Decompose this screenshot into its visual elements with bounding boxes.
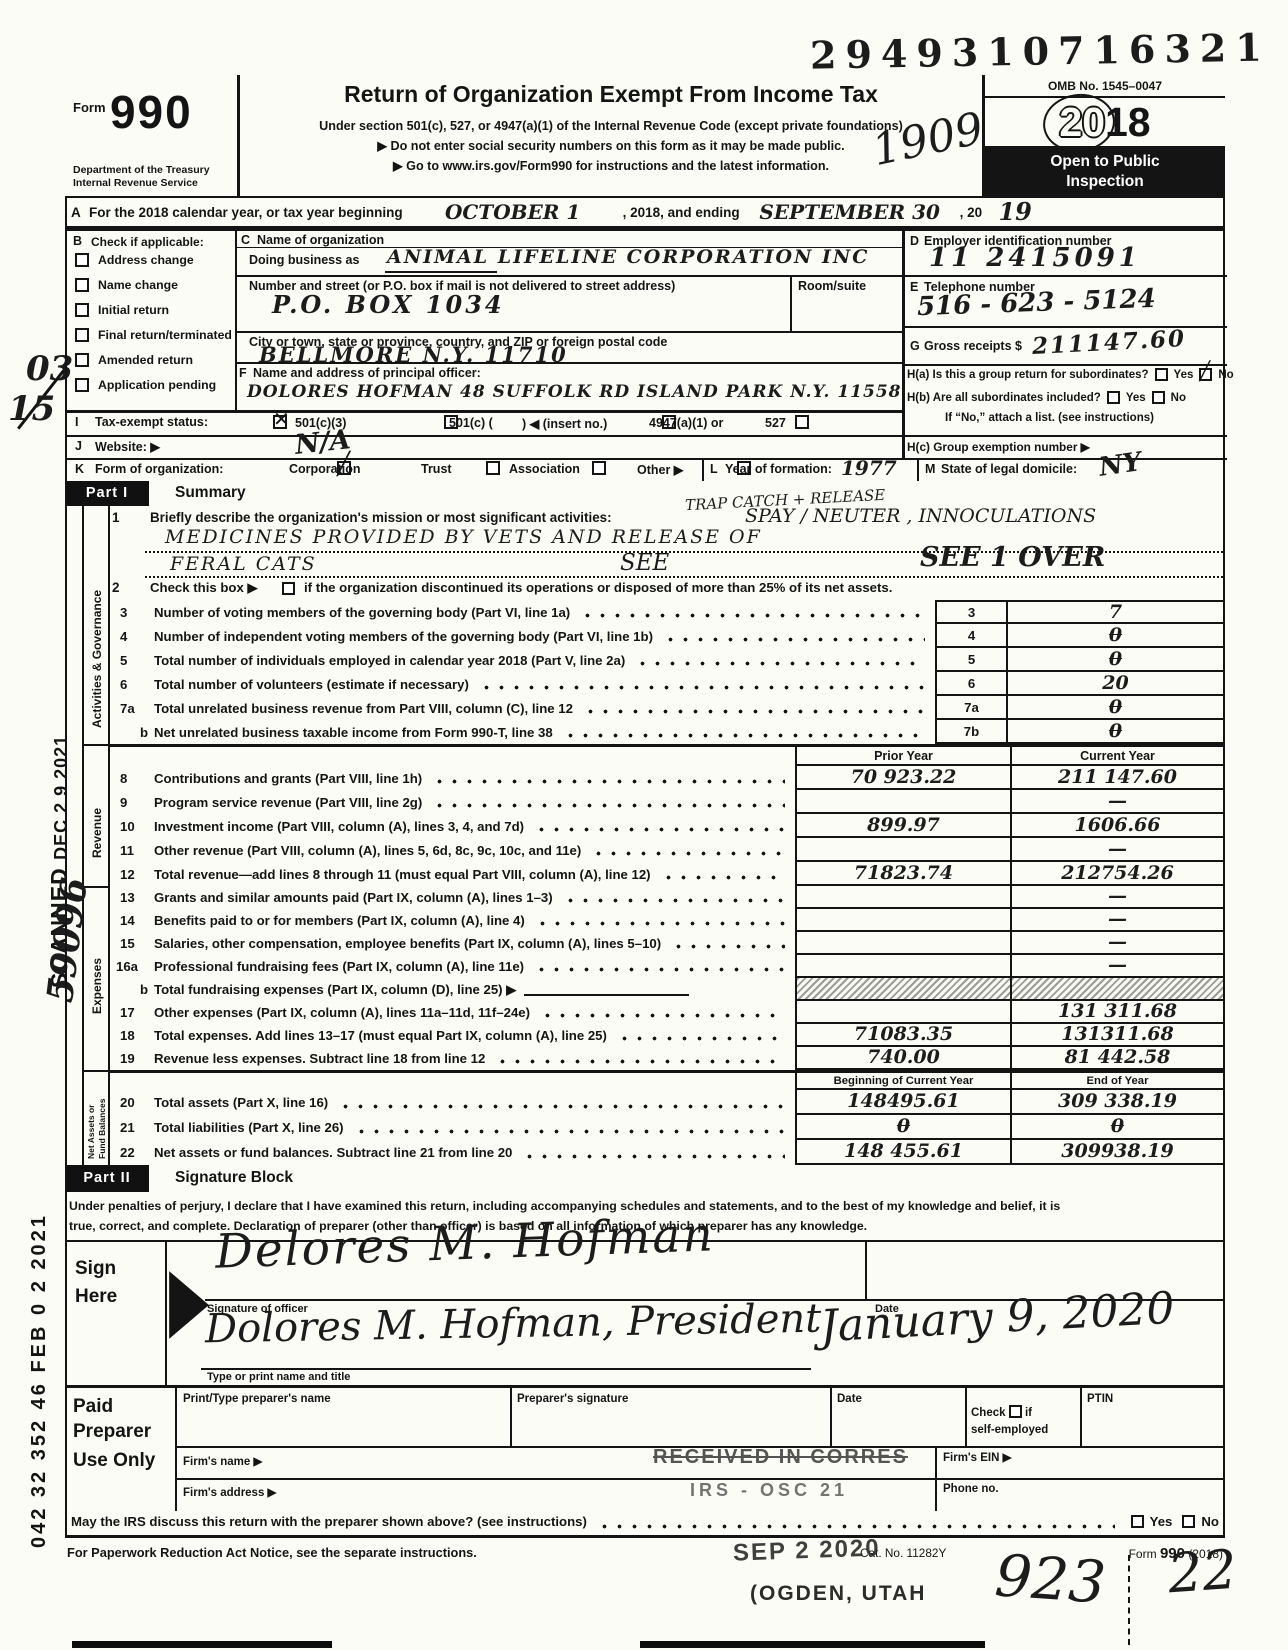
line-number: 8 (110, 771, 154, 786)
self-employed-checkbox[interactable] (1009, 1405, 1022, 1418)
line-k-letter: K (75, 462, 84, 476)
sign-word: Sign (75, 1258, 116, 1280)
summary-row-16b: bTotal fundraising expenses (Part IX, co… (110, 978, 1225, 1001)
prior-value-hw: 899.97 (867, 816, 940, 835)
dot-leader (495, 1055, 785, 1064)
yes-label: Yes (1174, 369, 1194, 381)
summary-row-15: 15Salaries, other compensation, employee… (110, 932, 1225, 955)
option-other: Other ▶ (637, 462, 683, 477)
dot-leader (563, 894, 785, 903)
summary-row-20: 20Total assets (Part X, line 16)148495.6… (110, 1090, 1225, 1115)
handwritten-923: 923 (993, 1546, 1107, 1612)
no-label: No (1201, 1514, 1219, 1529)
row-label: Total assets (Part X, line 16) (154, 1095, 328, 1110)
check-final-return: Final return/terminated (75, 328, 232, 342)
rail-divider (82, 744, 110, 746)
divider (902, 364, 1227, 366)
summary-row-7a: 7aTotal unrelated business revenue from … (110, 696, 1225, 720)
self-employed-check: Check if (971, 1405, 1032, 1419)
divider (67, 435, 1227, 437)
ha-no-checkbox[interactable]: ╱ (1199, 368, 1212, 381)
current-value-hw: 212754.26 (1061, 864, 1173, 883)
ha-label: H(a) Is this a group return for subordin… (907, 369, 1149, 381)
line-number: 6 (110, 677, 154, 692)
dot-leader (591, 847, 785, 856)
domicile-label: State of legal domicile: (941, 462, 1077, 476)
shaded-cell (795, 978, 1010, 1001)
row-a-mid: , 2018, and ending (623, 205, 740, 220)
year-columns-header: Prior Year Current Year (110, 744, 1225, 766)
rail-label-net-assets-2: Fund Balances (97, 1099, 107, 1159)
line-number: 16a (110, 959, 154, 974)
divider (235, 231, 237, 411)
identification-grid: B Check if applicable: Address change Na… (65, 231, 1225, 481)
signature-date-hw: January 9, 2020 (819, 1287, 1175, 1349)
line-number: 20 (110, 1095, 154, 1110)
rail-label-net-assets-1: Net Assets or (86, 1105, 96, 1159)
line-number: 12 (110, 867, 154, 882)
governance-counts: 3Number of voting members of the governi… (110, 600, 1225, 744)
line-number: b (110, 725, 154, 740)
preparer-signature-label: Preparer's signature (517, 1393, 628, 1405)
hb-label: H(b) Are all subordinates included? (907, 392, 1101, 404)
checkbox-label: Initial return (98, 303, 169, 317)
line-number: 15 (110, 936, 154, 951)
dot-leader (535, 917, 785, 926)
net-asset-rows: 20Total assets (Part X, line 16)148495.6… (110, 1090, 1225, 1165)
dot-leader (534, 823, 785, 832)
page-frame-right (1223, 196, 1225, 1538)
row-box-number: 3 (935, 600, 1008, 624)
current-value-hw: — (1108, 956, 1127, 975)
part2-band: Part II Signature Block (65, 1165, 1225, 1192)
dba-label: Doing business as (249, 253, 359, 267)
form-990-scanned-page: 29493107163211 Form 990 Department of th… (0, 0, 1288, 1650)
line-number: 11 (110, 843, 154, 858)
dot-leader (540, 1009, 785, 1018)
begin-value-hw: 0 (897, 1117, 910, 1136)
summary-row-10: 10Investment income (Part VIII, column (… (110, 814, 1225, 838)
current-value-hw: 131311.68 (1061, 1025, 1173, 1044)
prior-value-hw: 71823.74 (854, 864, 953, 883)
status-501c3-checkbox[interactable]: ✕ (273, 415, 287, 429)
expense-rows: 13Grants and similar amounts paid (Part … (110, 886, 1225, 1070)
begin-value-hw: 148 455.61 (844, 1142, 963, 1161)
divider (902, 231, 905, 458)
initial-return-checkbox[interactable] (75, 303, 89, 317)
irs-discuss-row: May the IRS discuss this return with the… (65, 1508, 1225, 1538)
hb-yes-checkbox[interactable] (1107, 391, 1120, 404)
checkmark: ╱ (1199, 363, 1210, 381)
end-value-hw: 309938.19 (1061, 1142, 1173, 1161)
dot-leader (663, 633, 925, 642)
paid-preparer-block: Paid Preparer Use Only Print/Type prepar… (65, 1385, 1225, 1508)
address-change-checkbox[interactable] (75, 253, 89, 267)
dot-leader (617, 1032, 785, 1041)
sep-2020-stamp: SEP 2 2020 (733, 1534, 882, 1567)
current-value-hw: — (1108, 887, 1127, 906)
rail-divider (82, 1070, 110, 1072)
end-value-hw: 0 (1111, 1117, 1124, 1136)
group-return-row: H(a) Is this a group return for subordin… (907, 368, 1234, 381)
form-title: Return of Organization Exempt From Incom… (240, 81, 982, 108)
use-only-word: Use Only (73, 1450, 155, 1472)
line-number: 22 (110, 1145, 154, 1160)
line-number: b (110, 982, 154, 997)
omb-number: OMB No. 1545–0047 (985, 75, 1225, 98)
yes-label: Yes (1150, 1514, 1173, 1529)
type-print-label: Type or print name and title (207, 1371, 350, 1383)
balance-columns-header: Beginning of Current Year End of Year (110, 1070, 1225, 1090)
dot-leader (338, 1100, 785, 1109)
mission-hw-line2: MEDICINES PROVIDED BY VETS AND RELEASE O… (165, 528, 762, 547)
preparer-date-label: Date (837, 1393, 862, 1405)
mission-hw-line3c: SEE 1 OVER (920, 544, 1105, 571)
fill-in-line (524, 994, 689, 996)
ogden-utah-stamp: (OGDEN, UTAH (750, 1582, 926, 1606)
dot-leader (563, 729, 925, 738)
current-value-hw: 81 442.58 (1065, 1048, 1171, 1067)
no-label: No (1218, 369, 1233, 381)
firms-ein-label: Firm's EIN ▶ (943, 1450, 1011, 1464)
end-value-hw: 309 338.19 (1058, 1092, 1177, 1111)
box-d-letter: D (910, 234, 919, 248)
prior-year-header: Prior Year (795, 747, 1010, 766)
check-address-change: Address change (75, 253, 194, 267)
hb-note: If “No,” attach a list. (see instruction… (945, 412, 1154, 424)
summary-row-18: 18Total expenses. Add lines 13–17 (must … (110, 1024, 1225, 1047)
divider (67, 410, 902, 413)
paperwork-notice: For Paperwork Reduction Act Notice, see … (67, 1545, 477, 1560)
year-formation-label: Year of formation: (725, 462, 832, 476)
end-year-header: End of Year (1010, 1073, 1225, 1090)
scan-artifact-bar (640, 1641, 985, 1648)
divider (510, 1388, 512, 1446)
row-value-hw: 7 (1109, 603, 1122, 622)
preparer-word: Preparer (73, 1421, 151, 1443)
row-box-number: 7b (935, 720, 1008, 744)
current-value-hw: 211 147.60 (1058, 768, 1177, 787)
divider (235, 331, 902, 333)
box-b-title: Check if applicable: (91, 235, 204, 249)
row-label: Revenue less expenses. Subtract line 18 … (154, 1051, 485, 1066)
tax-year: 2018 (985, 98, 1225, 148)
dot-leader (635, 657, 925, 666)
form-word: Form (73, 100, 106, 115)
discontinued-line: 2 Check this box ▶ if the organization d… (110, 578, 1225, 600)
trust-checkbox[interactable] (486, 461, 500, 475)
row-box-number: 5 (935, 648, 1008, 672)
here-word: Here (75, 1286, 117, 1308)
treasury-dept: Department of the Treasury Internal Reve… (73, 164, 210, 190)
form-number: 990 (110, 86, 193, 138)
row-label: Other expenses (Part IX, column (A), lin… (154, 1005, 530, 1020)
prior-value-hw: 71083.35 (854, 1025, 953, 1044)
row-a-end: , 20 (960, 205, 983, 220)
irs-discuss-label: May the IRS discuss this return with the… (71, 1514, 587, 1529)
divider (702, 458, 704, 481)
row-value-hw: 0 (1109, 698, 1122, 717)
scan-artifact-bar (72, 1641, 332, 1648)
line-number: 10 (110, 819, 154, 834)
subordinates-row: H(b) Are all subordinates included? Yes … (907, 391, 1186, 404)
line-number: 18 (110, 1028, 154, 1043)
box-c-letter: C (241, 233, 250, 247)
line-number: 7a (110, 701, 154, 716)
part1-band: Part I Summary (65, 481, 1225, 506)
line-number: 2 (112, 580, 120, 595)
row-label: Investment income (Part VIII, column (A)… (154, 819, 524, 834)
name-line (201, 1368, 811, 1370)
divider (235, 275, 902, 277)
check-name-change: Name change (75, 278, 178, 292)
discuss-no-checkbox[interactable] (1182, 1515, 1195, 1528)
row-label: Total expenses. Add lines 13–17 (must eq… (154, 1028, 607, 1043)
firms-name-label: Firm's name ▶ (183, 1454, 262, 1468)
row-label: Other revenue (Part VIII, column (A), li… (154, 843, 581, 858)
row-a-letter: A (65, 205, 89, 220)
check-amended-return: Amended return (75, 353, 193, 367)
line-number: 1 (112, 510, 120, 525)
dot-leader (522, 1150, 785, 1159)
current-value-hw: — (1108, 840, 1127, 859)
row-label: Total number of individuals employed in … (154, 653, 625, 668)
divider (67, 458, 1227, 460)
dept-line1: Department of the Treasury (73, 164, 210, 177)
row-label: Contributions and grants (Part VIII, lin… (154, 771, 422, 786)
dot-leader (580, 609, 925, 618)
paid-word: Paid (73, 1396, 113, 1418)
check-initial-return: Initial return (75, 303, 169, 317)
divider (902, 275, 1227, 277)
page-frame-left (65, 196, 67, 1538)
divider (790, 275, 792, 331)
row-label: Benefits paid to or for members (Part IX… (154, 913, 525, 928)
website-label: Website: ▶ (95, 439, 160, 454)
line-j-letter: J (75, 439, 82, 453)
checkbox-label: Final return/terminated (98, 328, 232, 342)
status-527-checkbox[interactable] (795, 415, 809, 429)
open-to-public-badge: Open to Public Inspection (985, 148, 1225, 196)
option-association: Association (509, 462, 580, 476)
check-application-pending: Application pending (75, 378, 216, 392)
summary-row-14: 14Benefits paid to or for members (Part … (110, 909, 1225, 932)
current-value-hw: — (1108, 933, 1127, 952)
dot-leader (597, 1520, 1115, 1529)
begin-value-hw: 148495.61 (847, 1092, 959, 1111)
row-label: Net unrelated business taxable income fr… (154, 725, 553, 740)
row-label: Professional fundraising fees (Part IX, … (154, 959, 524, 974)
scanned-date: DEC 2 9 2021 (51, 735, 71, 860)
insert-no-label: ) ◀ (insert no.) (522, 416, 607, 431)
current-value-hw: — (1108, 910, 1127, 929)
ptin-label: PTIN (1087, 1393, 1113, 1405)
principal-officer-value: DOLORES HOFMAN 48 SUFFOLK RD ISLAND PARK… (247, 384, 901, 401)
no-label: No (1171, 392, 1186, 404)
box-g-letter: G (910, 339, 920, 353)
year-formation-value: 1977 (841, 458, 897, 478)
summary-row-12: 12Total revenue—add lines 8 through 11 (… (110, 862, 1225, 886)
summary-row-8: 8Contributions and grants (Part VIII, li… (110, 766, 1225, 790)
dot-leader (671, 940, 785, 949)
check-box-pre: Check this box ▶ (150, 580, 258, 596)
part1-tag: Part I (65, 481, 149, 506)
part1-content: 1 Briefly describe the organization's mi… (110, 506, 1225, 1165)
org-name-label: Name of organization (257, 233, 384, 247)
divider (175, 1388, 177, 1511)
doc-number-main: 2949310716321 (810, 25, 1271, 78)
principal-officer-label: Name and address of principal officer: (253, 366, 481, 380)
current-value-hw: 131 311.68 (1058, 1002, 1177, 1021)
date-divider (865, 1242, 867, 1299)
option-trust: Trust (421, 462, 452, 476)
arrow-icon: ▶ (169, 1248, 209, 1350)
open-public-line1: Open to Public (1050, 152, 1159, 172)
summary-row-3: 3Number of voting members of the governi… (110, 600, 1225, 624)
mission-label: Briefly describe the organization's miss… (150, 510, 612, 525)
line-number: 13 (110, 890, 154, 905)
tax-exempt-label: Tax-exempt status: (95, 415, 208, 429)
street-value: P.O. BOX 1034 (272, 293, 505, 317)
tax-year-begin-value: OCTOBER 1 (413, 202, 613, 222)
form-header: Form 990 Department of the Treasury Inte… (65, 75, 1225, 196)
line-number: 19 (110, 1051, 154, 1066)
dln-stamp: 042 32 352 46 FEB 0 2 2021 (28, 1213, 51, 1548)
rail-label-revenue: Revenue (90, 808, 104, 858)
dot-leader (479, 681, 925, 690)
association-checkbox[interactable] (592, 461, 606, 475)
row-value-hw: 20 (1102, 674, 1128, 693)
if-word: if (1025, 1407, 1032, 1419)
row-label: Number of independent voting members of … (154, 629, 653, 644)
gross-receipts-value: 211147.60 (1032, 327, 1187, 358)
check-box-post: if the organization discontinued its ope… (304, 580, 892, 595)
row-label: Total fundraising expenses (Part IX, col… (154, 982, 516, 998)
row-box-number: 6 (935, 672, 1008, 696)
summary-row-11: 11Other revenue (Part VIII, column (A), … (110, 838, 1225, 862)
form-word: Form (1129, 1547, 1157, 1561)
mission-hw-line1: SPAY / NEUTER , INNOCULATIONS (745, 507, 1096, 526)
divider (1080, 1388, 1082, 1446)
ha-yes-checkbox[interactable] (1155, 368, 1168, 381)
mission-hw-line3a: FERAL CATS (170, 555, 317, 574)
row-value-hw: 0 (1109, 650, 1122, 669)
row-label: Total number of volunteers (estimate if … (154, 677, 469, 692)
box-f-letter: F (239, 366, 247, 380)
checkmark: ✕ (273, 409, 290, 429)
option-4947: 4947(a)(1) or (649, 416, 723, 430)
dot-leader (534, 963, 785, 972)
divider (965, 1388, 967, 1446)
part1-title: Summary (175, 484, 246, 502)
checkbox-label: Address change (98, 253, 194, 267)
ein-value: 11 2415091 (929, 245, 1141, 271)
revenue-rows: 8Contributions and grants (Part VIII, li… (110, 766, 1225, 886)
row-a-text: For the 2018 calendar year, or tax year … (89, 205, 403, 220)
summary-row-21: 21Total liabilities (Part X, line 26)00 (110, 1115, 1225, 1140)
handwritten-15: 15 (8, 392, 55, 426)
application-pending-checkbox[interactable] (75, 378, 89, 392)
option-501c: 501(c) ( (449, 416, 493, 430)
dot-leader (661, 871, 785, 880)
row-label: Total revenue—add lines 8 through 11 (mu… (154, 867, 651, 882)
summary-row-17: 17Other expenses (Part IX, column (A), l… (110, 1001, 1225, 1024)
prior-value-hw: 740.00 (867, 1048, 940, 1067)
amended-return-checkbox[interactable] (75, 353, 89, 367)
line-number: 5 (110, 653, 154, 668)
tax-year-end-value: SEPTEMBER 30 (750, 202, 950, 222)
received-stamp-line1: RECEIVED IN CORRES (653, 1446, 908, 1469)
row-value-hw: 0 (1109, 626, 1122, 645)
row-label: Total liabilities (Part X, line 26) (154, 1120, 344, 1135)
discuss-yes-checkbox[interactable] (1131, 1515, 1144, 1528)
divider (830, 1388, 832, 1446)
open-public-line2: Inspection (1066, 172, 1144, 192)
omb-year-block: OMB No. 1545–0047 2018 Open to Public In… (985, 75, 1225, 196)
tax-year-row: A For the 2018 calendar year, or tax yea… (65, 196, 1225, 231)
sign-here-block: Sign Here ▶ Delores M. Hofman Signature … (65, 1240, 1225, 1385)
line-i-letter: I (75, 415, 78, 429)
summary-row-13: 13Grants and similar amounts paid (Part … (110, 886, 1225, 909)
org-name-value: ANIMAL LIFELINE CORPORATION INC (387, 248, 869, 267)
line-number: 14 (110, 913, 154, 928)
org-form-label: Form of organization: (95, 462, 223, 476)
room-suite-label: Room/suite (798, 279, 866, 293)
summary-row-22: 22Net assets or fund balances. Subtract … (110, 1140, 1225, 1165)
city-value: BELLMORE N.Y. 11710 (259, 344, 568, 365)
summary-row-16a: 16aProfessional fundraising fees (Part I… (110, 955, 1225, 978)
part1-side-rail: Activities & Governance Revenue Expenses… (82, 506, 110, 1165)
line-m-letter: M (925, 462, 935, 476)
gross-receipts-label: Gross receipts $ (924, 339, 1022, 353)
officer-name-title-hw: Dolores M. Hofman, President (205, 1299, 822, 1350)
row-box-number: 4 (935, 624, 1008, 648)
beginning-year-header: Beginning of Current Year (795, 1073, 1010, 1090)
part2-tag: Part II (65, 1165, 149, 1192)
discontinued-checkbox[interactable] (282, 582, 295, 595)
row-label: Program service revenue (Part VIII, line… (154, 795, 422, 810)
line-number: 9 (110, 795, 154, 810)
hb-no-checkbox[interactable] (1152, 391, 1165, 404)
hand-underline (385, 271, 497, 273)
divider (917, 458, 919, 481)
checkbox-label: Application pending (98, 378, 216, 392)
rail-label-expenses: Expenses (90, 958, 104, 1014)
row-label: Grants and similar amounts paid (Part IX… (154, 890, 553, 905)
handwritten-doc-number: 29493107163211 (810, 27, 1288, 74)
option-corporation: Corporation (289, 462, 361, 476)
yes-label: Yes (1126, 392, 1146, 404)
hc-label: H(c) Group exemption number ▶ (907, 440, 1090, 454)
summary-row-4: 4Number of independent voting members of… (110, 624, 1225, 648)
dot-leader (354, 1125, 785, 1134)
current-year-header: Current Year (1010, 747, 1225, 766)
summary-row-6: 6Total number of volunteers (estimate if… (110, 672, 1225, 696)
checkbox-label: Name change (98, 278, 178, 292)
final-return-checkbox[interactable] (75, 328, 89, 342)
row-label: Net assets or fund balances. Subtract li… (154, 1145, 512, 1160)
row-value-hw: 0 (1109, 722, 1122, 741)
row-label: Number of voting members of the governin… (154, 605, 570, 620)
handwritten-22: 22 (1166, 1543, 1238, 1602)
phone-no-label: Phone no. (943, 1483, 999, 1495)
name-change-checkbox[interactable] (75, 278, 89, 292)
part2-title: Signature Block (175, 1169, 293, 1187)
self-employed-label: self-employed (971, 1424, 1048, 1436)
line-number: 4 (110, 629, 154, 644)
mission-hw-line3b: SEE (620, 552, 669, 575)
dept-line2: Internal Revenue Service (73, 177, 210, 190)
